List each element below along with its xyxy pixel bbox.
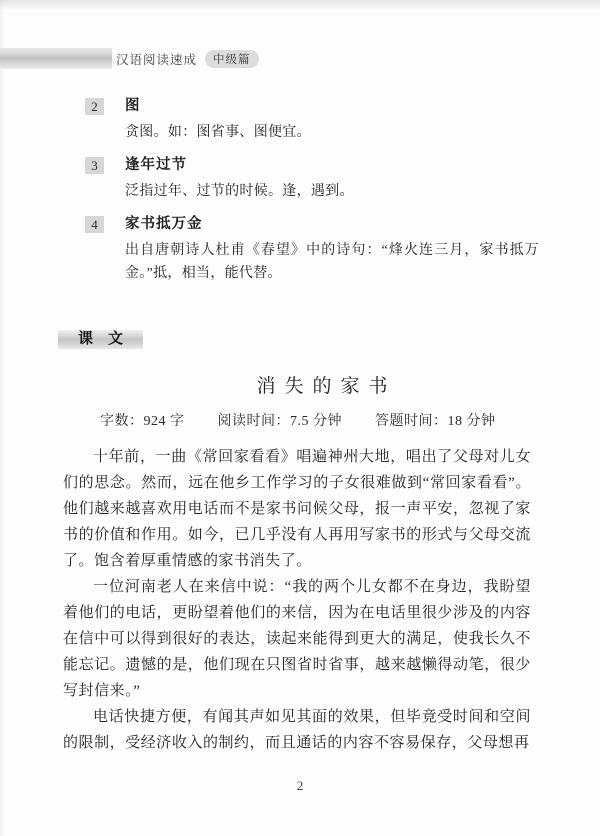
vocab-item-head: 3 逢年过节 [85,156,545,174]
vocab-item: 4 家书抵万金 出自唐朝诗人杜甫《春望》中的诗句：“烽火连三月，家书抵万金。”抵… [85,215,545,285]
reading-time-label: 阅读时间： [218,414,291,429]
book-page: 汉语阅读速成 中级篇 2 图 贪图。如：图省事、图便宜。 3 逢年过节 泛指过年… [0,0,600,836]
vocab-definition: 贪图。如：图省事、图便宜。 [125,121,539,144]
vocab-term: 逢年过节 [125,156,187,174]
lesson-title: 消失的家书 [93,371,560,398]
running-head-bar [0,48,112,69]
word-count-value: 924 字 [144,414,185,429]
running-head: 汉语阅读速成 中级篇 [0,48,600,70]
scan-shadow-top [0,0,600,10]
vocab-item: 3 逢年过节 泛指过年、过节的时候。逢，遇到。 [85,156,545,203]
vocab-term: 家书抵万金 [125,215,203,233]
book-title: 汉语阅读速成 [116,50,197,68]
scan-shadow-left [0,0,5,836]
answer-time-label: 答题时间： [375,414,448,429]
vocab-number-badge: 4 [85,216,104,233]
body-paragraph: 电话快捷方便，有闻其声如见其面的效果，但毕竟受时间和空间的限制，受经济收入的制约… [63,704,531,756]
reading-time: 阅读时间：7.5 分钟 [218,414,343,429]
reading-time-value: 7.5 分钟 [290,414,342,429]
answer-time: 答题时间：18 分钟 [375,414,496,429]
level-badge: 中级篇 [205,50,259,68]
vocab-item-head: 4 家书抵万金 [85,215,545,233]
answer-time-value: 18 分钟 [448,414,496,429]
lesson-body: 十年前，一曲《常回家看看》唱遍神州大地，唱出了父母对儿女们的思念。然而，远在他乡… [63,444,531,756]
vocab-item: 2 图 贪图。如：图省事、图便宜。 [85,97,545,144]
section-label-bar: 课 文 [58,330,143,349]
body-paragraph: 十年前，一曲《常回家看看》唱遍神州大地，唱出了父母对儿女们的思念。然而，远在他乡… [63,444,531,574]
running-head-text: 汉语阅读速成 中级篇 [116,49,259,69]
word-count-label: 字数： [100,414,144,429]
lesson-stats: 字数：924 字 阅读时间：7.5 分钟 答题时间：18 分钟 [100,410,560,430]
vocab-number-badge: 2 [85,98,104,115]
vocabulary-list: 2 图 贪图。如：图省事、图便宜。 3 逢年过节 泛指过年、过节的时候。逢，遇到… [85,97,545,297]
vocab-term: 图 [125,97,141,115]
body-paragraph: 一位河南老人在来信中说：“我的两个儿女都不在身边，我盼望着他们的电话，更盼望着他… [63,574,531,704]
page-number: 2 [0,778,600,794]
vocab-definition: 泛指过年、过节的时候。逢，遇到。 [125,180,539,203]
vocab-item-head: 2 图 [85,97,545,115]
vocab-definition: 出自唐朝诗人杜甫《春望》中的诗句：“烽火连三月，家书抵万金。”抵，相当，能代替。 [125,239,539,285]
word-count: 字数：924 字 [100,414,185,429]
vocab-number-badge: 3 [85,157,104,174]
